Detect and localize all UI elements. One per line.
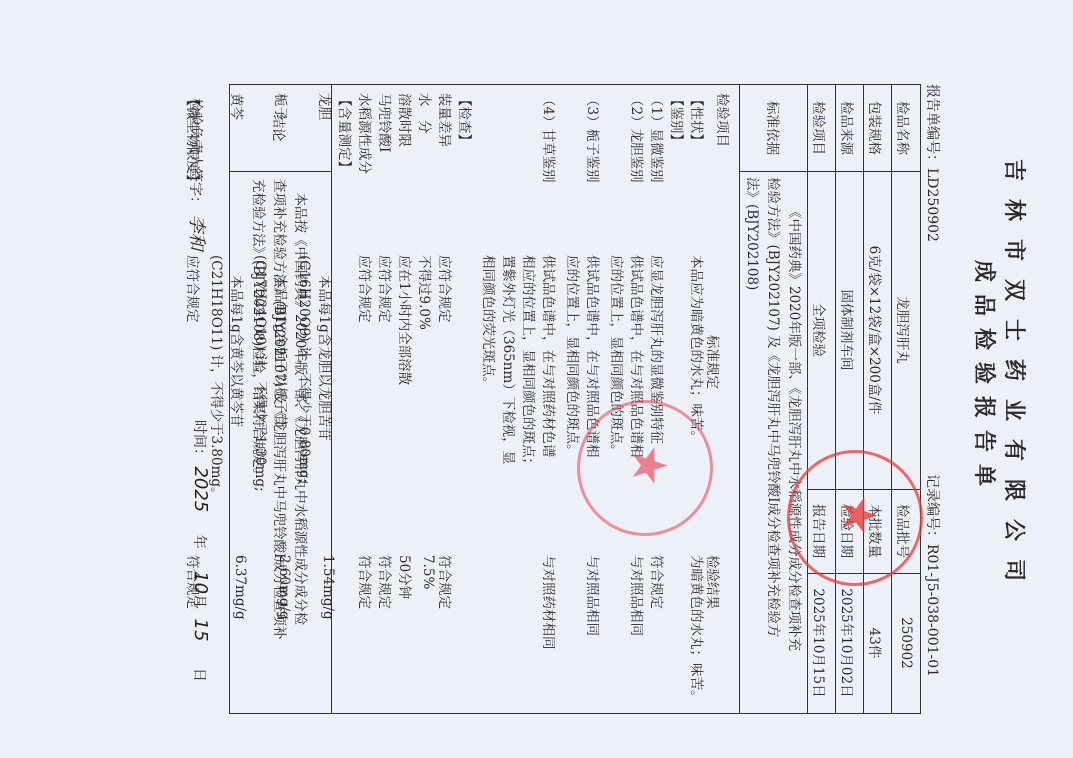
table-row: （1）显微鉴别应显龙胆泻肝丸的显微鉴别特征符合规定 <box>648 85 668 713</box>
source: 固体制剂车间 <box>838 171 858 489</box>
table-row: （4）甘草鉴别供试品色谱中，在与对照药材色谱相应的位置上，显相同颜色的斑点；置紫… <box>480 85 560 713</box>
report-date: 2025年10月15日 <box>810 573 830 713</box>
conclusion-text: 本品按《中国药典》2020年版一部、《龙胆泻肝丸中水稻源性成分成分检 查项补充检… <box>247 179 310 639</box>
row-result: 50分钟 <box>396 555 416 599</box>
label-package: 包装规格 <box>866 85 886 171</box>
label-conclusion: 结论 <box>270 85 290 171</box>
label-item: 检验项目 <box>810 85 830 171</box>
row-item: 黄芩 <box>228 93 248 120</box>
row-item: 【检查】 <box>456 93 476 147</box>
table-row: 【检查】 <box>456 85 476 713</box>
row-item: （3）栀子鉴别 <box>584 93 604 183</box>
row-item: 水稻源性成分 <box>356 93 376 174</box>
label-product-name: 检品名称 <box>894 85 914 171</box>
table-row: 溶散时限应在1小时内全部溶散50分钟 <box>396 85 416 713</box>
row-standard: 本品每1g含龙胆以龙胆苦苷 <box>316 275 336 441</box>
seal-star-icon: ★ <box>835 494 883 537</box>
col-header-item: 检验项目 <box>714 93 734 147</box>
row-standard: 相应的位置上，显相同颜色的斑点； <box>520 255 540 471</box>
row-result: 符合规定 <box>648 555 668 609</box>
batch-no: 250902 <box>898 573 914 713</box>
row-item: 【性状】 <box>688 93 708 147</box>
row-result: 符合规定 <box>376 555 396 609</box>
inspect-item: 全项检验 <box>810 171 830 489</box>
row-item: 【鉴别】 <box>668 93 688 147</box>
row-standard: (C21H18O11) 计，不得少于3.80mg。 <box>208 255 228 501</box>
signature: 李和 <box>186 214 207 250</box>
table-row: 水稻源性成分应符合规定符合规定 <box>356 85 376 713</box>
row-standard: 本品每1g含黄芩以黄芩苷 <box>228 275 248 427</box>
report-table: 检品名称 龙胆泻肝丸 检品批号 250902 包装规格 6克/袋×12袋/盒×2… <box>229 84 921 714</box>
document-title: 成品检验报告单 <box>970 0 1001 758</box>
row-item: （1）显微鉴别 <box>648 93 668 183</box>
row-item: 溶散时限 <box>396 93 416 147</box>
row-item: 马兜铃酸Ⅰ <box>376 93 396 152</box>
signature-date: 时间： 2025 年 10月 15 日 <box>190 420 211 682</box>
row-result: 为暗黄色的水丸；味苦。 <box>688 555 708 704</box>
row-item: （2）龙胆鉴别 <box>628 93 648 183</box>
inspect-date: 2025年10月02日 <box>838 573 858 713</box>
row-item: 【含量测定】 <box>336 93 356 174</box>
seal-star-icon-2: ★ <box>625 444 673 487</box>
row-standard: 应在1小时内全部溶散 <box>396 255 416 385</box>
row-item: 龙胆 <box>316 93 336 120</box>
table-row: （3）栀子鉴别供试品色谱中，在与对照品色谱相应的位置上，显相同颜色的斑点。与对照… <box>564 85 604 713</box>
batch-qty: 43件 <box>866 573 886 713</box>
row-result: 与对照品相同 <box>584 555 604 636</box>
row-result: 1.54mg/g <box>320 555 336 620</box>
company-name: 吉林市双士药业有限公司 <box>1000 0 1031 758</box>
row-result: 符合规定 <box>436 555 456 609</box>
row-standard: 本品应为暗黄色的水丸；味苦。 <box>688 255 708 444</box>
table-row: 【鉴别】 <box>668 85 688 713</box>
row-standard: 不得过9.0% <box>416 255 436 330</box>
label-source: 检品来源 <box>838 85 858 171</box>
table-row: 水 分不得过9.0%7.5% <box>416 85 436 713</box>
package-spec: 6克/袋×12袋/盒×200盒/件 <box>866 171 886 489</box>
row-standard: 应符合规定 <box>184 255 204 323</box>
table-row: 【含量测定】 <box>336 85 356 713</box>
row-result: 6.37mg/g <box>232 555 248 620</box>
row-standard: 应符合规定 <box>356 255 376 323</box>
row-standard: 置紫外灯光（365nm）下检视，显 <box>500 255 520 464</box>
row-item: 装量差异 <box>436 93 456 147</box>
row-standard: 应的位置上，显相同颜色的斑点。 <box>564 255 584 458</box>
row-result: 与对照品相同 <box>628 555 648 636</box>
product-name: 龙胆泻肝丸 <box>894 171 914 489</box>
table-row: 黄芩本品每1g含黄芩以黄芩苷(C21H18O11) 计，不得少于3.80mg。6… <box>208 85 248 713</box>
table-row: 【性状】本品应为暗黄色的水丸；味苦。为暗黄色的水丸；味苦。 <box>688 85 708 713</box>
row-standard: 应符合规定 <box>436 255 456 323</box>
row-result: 符合规定 <box>356 555 376 609</box>
label-standard: 标准依据 <box>764 85 784 171</box>
row-standard: 应符合规定 <box>376 255 396 323</box>
table-row: （2）龙胆鉴别供试品色谱中，在与对照品色谱相应的位置上，显相同颜色的斑点。与对照… <box>608 85 648 713</box>
row-item: 水 分 <box>416 93 436 134</box>
signer-line: 检验负责人签字： 李和 <box>185 98 211 250</box>
table-row: 装量差异应符合规定符合规定 <box>436 85 456 713</box>
table-row: 马兜铃酸Ⅰ应符合规定符合规定 <box>376 85 396 713</box>
standard-basis: 《中国药典》2020年版一部、《龙胆泻肝丸中水稻源性成分成分检查项补充 检验方法… <box>741 177 804 651</box>
record-number: 记录编号：R01-J5-038-001-01 <box>923 474 943 677</box>
report-number: 报告单编号：LD250902 <box>923 84 943 242</box>
row-standard: 供试品色谱中，在与对照药材色谱 <box>540 255 560 458</box>
inspection-report-page: 吉林市双士药业有限公司 成品检验报告单 报告单编号：LD250902 记录编号：… <box>0 0 1073 758</box>
row-item: （4）甘草鉴别 <box>540 93 560 183</box>
row-result: 与对照药材相同 <box>540 555 560 650</box>
row-result: 7.5% <box>420 555 436 589</box>
row-standard: 相同颜色的荧光斑点。 <box>480 255 500 390</box>
